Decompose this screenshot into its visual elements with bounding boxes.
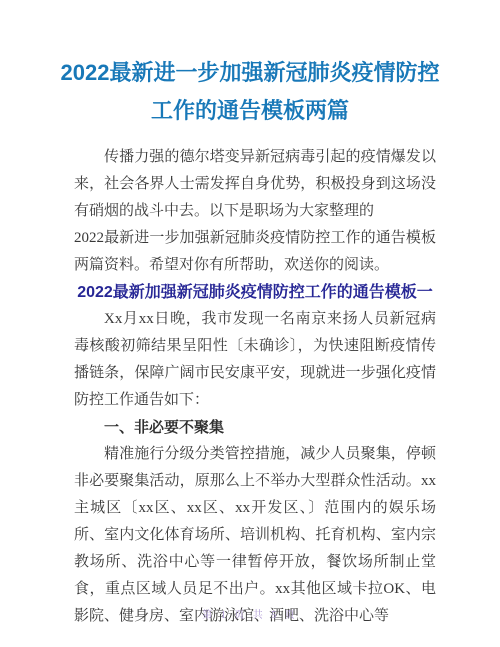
document-body: 传播力强的德尔塔变异新冠病毒引起的疫情爆发以来，社会各界人士需发挥自身优势，积极…: [0, 130, 500, 630]
item-one-heading: 一、非必要不聚集: [74, 414, 436, 441]
page-number-indicator: 第 1 页 共 5 页: [0, 606, 500, 621]
document-title: 2022最新进一步加强新冠肺炎疫情防控工作的通告模板两篇: [52, 54, 448, 130]
document-page: 2022最新进一步加强新冠肺炎疫情防控工作的通告模板两篇 传播力强的德尔塔变异新…: [0, 0, 500, 647]
intro-continuation-paragraph: 2022最新进一步加强新冠肺炎疫情防控工作的通告模板两篇资料。希望对你有所帮助，…: [74, 225, 436, 279]
section-one-paragraph: Xx月xx日晚，我市发现一名南京来扬人员新冠病毒核酸初筛结果呈阳性〔未确诊〕，为…: [74, 306, 436, 414]
item-one-paragraph: 精准施行分级分类管控措施，减少人员聚集，停顿非必要聚集活动，原那么上不举办大型群…: [74, 441, 436, 630]
section-one-heading: 2022最新加强新冠肺炎疫情防控工作的通告模板一: [74, 279, 436, 306]
intro-paragraph: 传播力强的德尔塔变异新冠病毒引起的疫情爆发以来，社会各界人士需发挥自身优势，积极…: [74, 144, 436, 225]
